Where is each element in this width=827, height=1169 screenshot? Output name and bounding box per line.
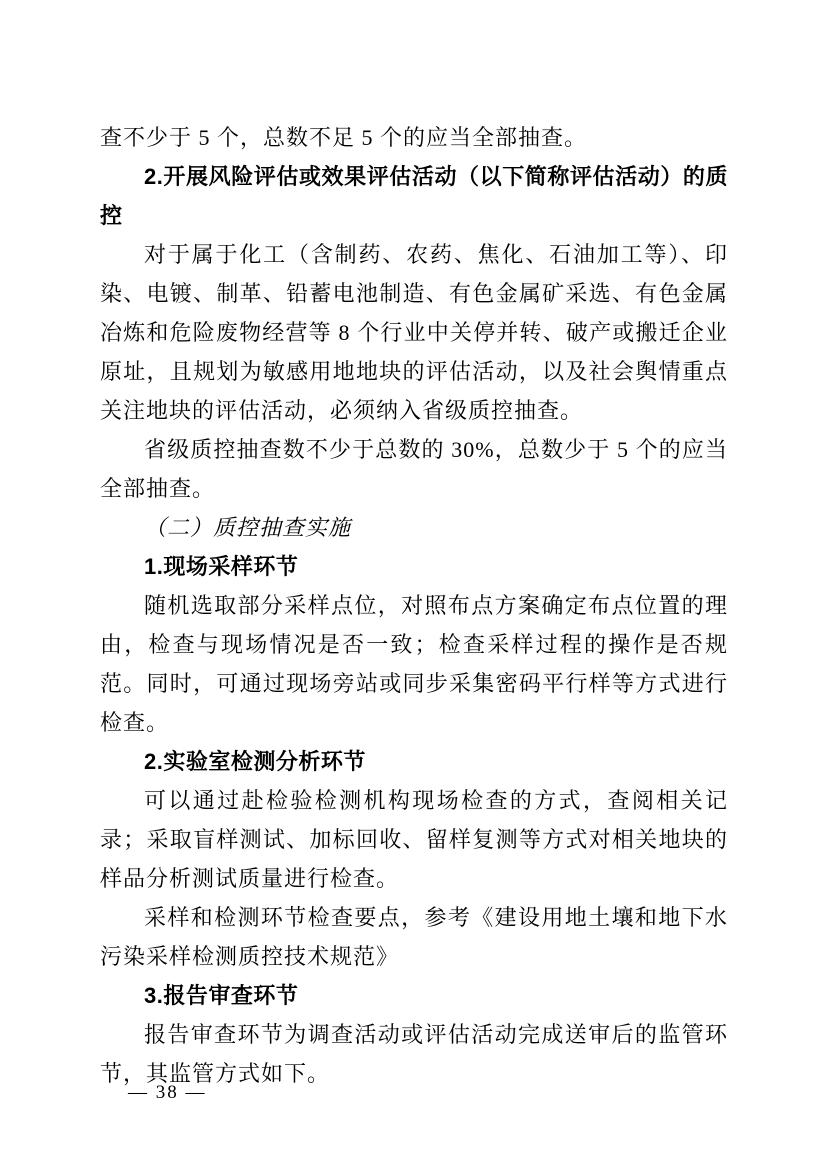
subsection-heading: （二）质控抽查实施 [100,508,728,547]
paragraph: 随机选取部分采样点位，对照布点方案确定布点位置的理由，检查与现场情况是否一致；检… [100,586,728,742]
document-page: 查不少于 5 个，总数不足 5 个的应当全部抽查。2.开展风险评估或效果评估活动… [0,0,827,1169]
paragraph-continuation: 查不少于 5 个，总数不足 5 个的应当全部抽查。 [100,118,728,157]
document-content: 查不少于 5 个，总数不足 5 个的应当全部抽查。2.开展风险评估或效果评估活动… [100,118,728,1093]
numbered-section-heading: 3.报告审查环节 [100,976,728,1015]
paragraph: 采样和检测环节检查要点，参考《建设用地土壤和地下水污染采样检测质控技术规范》 [100,898,728,976]
page-footer: — 38 — [128,1082,207,1104]
numbered-section-heading: 2.开展风险评估或效果评估活动（以下简称评估活动）的质控 [100,157,728,235]
paragraph: 对于属于化工（含制药、农药、焦化、石油加工等）、印染、电镀、制革、铅蓄电池制造、… [100,235,728,430]
paragraph: 省级质控抽查数不少于总数的 30%，总数少于 5 个的应当全部抽查。 [100,430,728,508]
page-number: — 38 — [128,1082,207,1103]
numbered-section-heading: 2.实验室检测分析环节 [100,742,728,781]
paragraph: 可以通过赴检验检测机构现场检查的方式，查阅相关记录；采取盲样测试、加标回收、留样… [100,781,728,898]
numbered-section-heading: 1.现场采样环节 [100,547,728,586]
